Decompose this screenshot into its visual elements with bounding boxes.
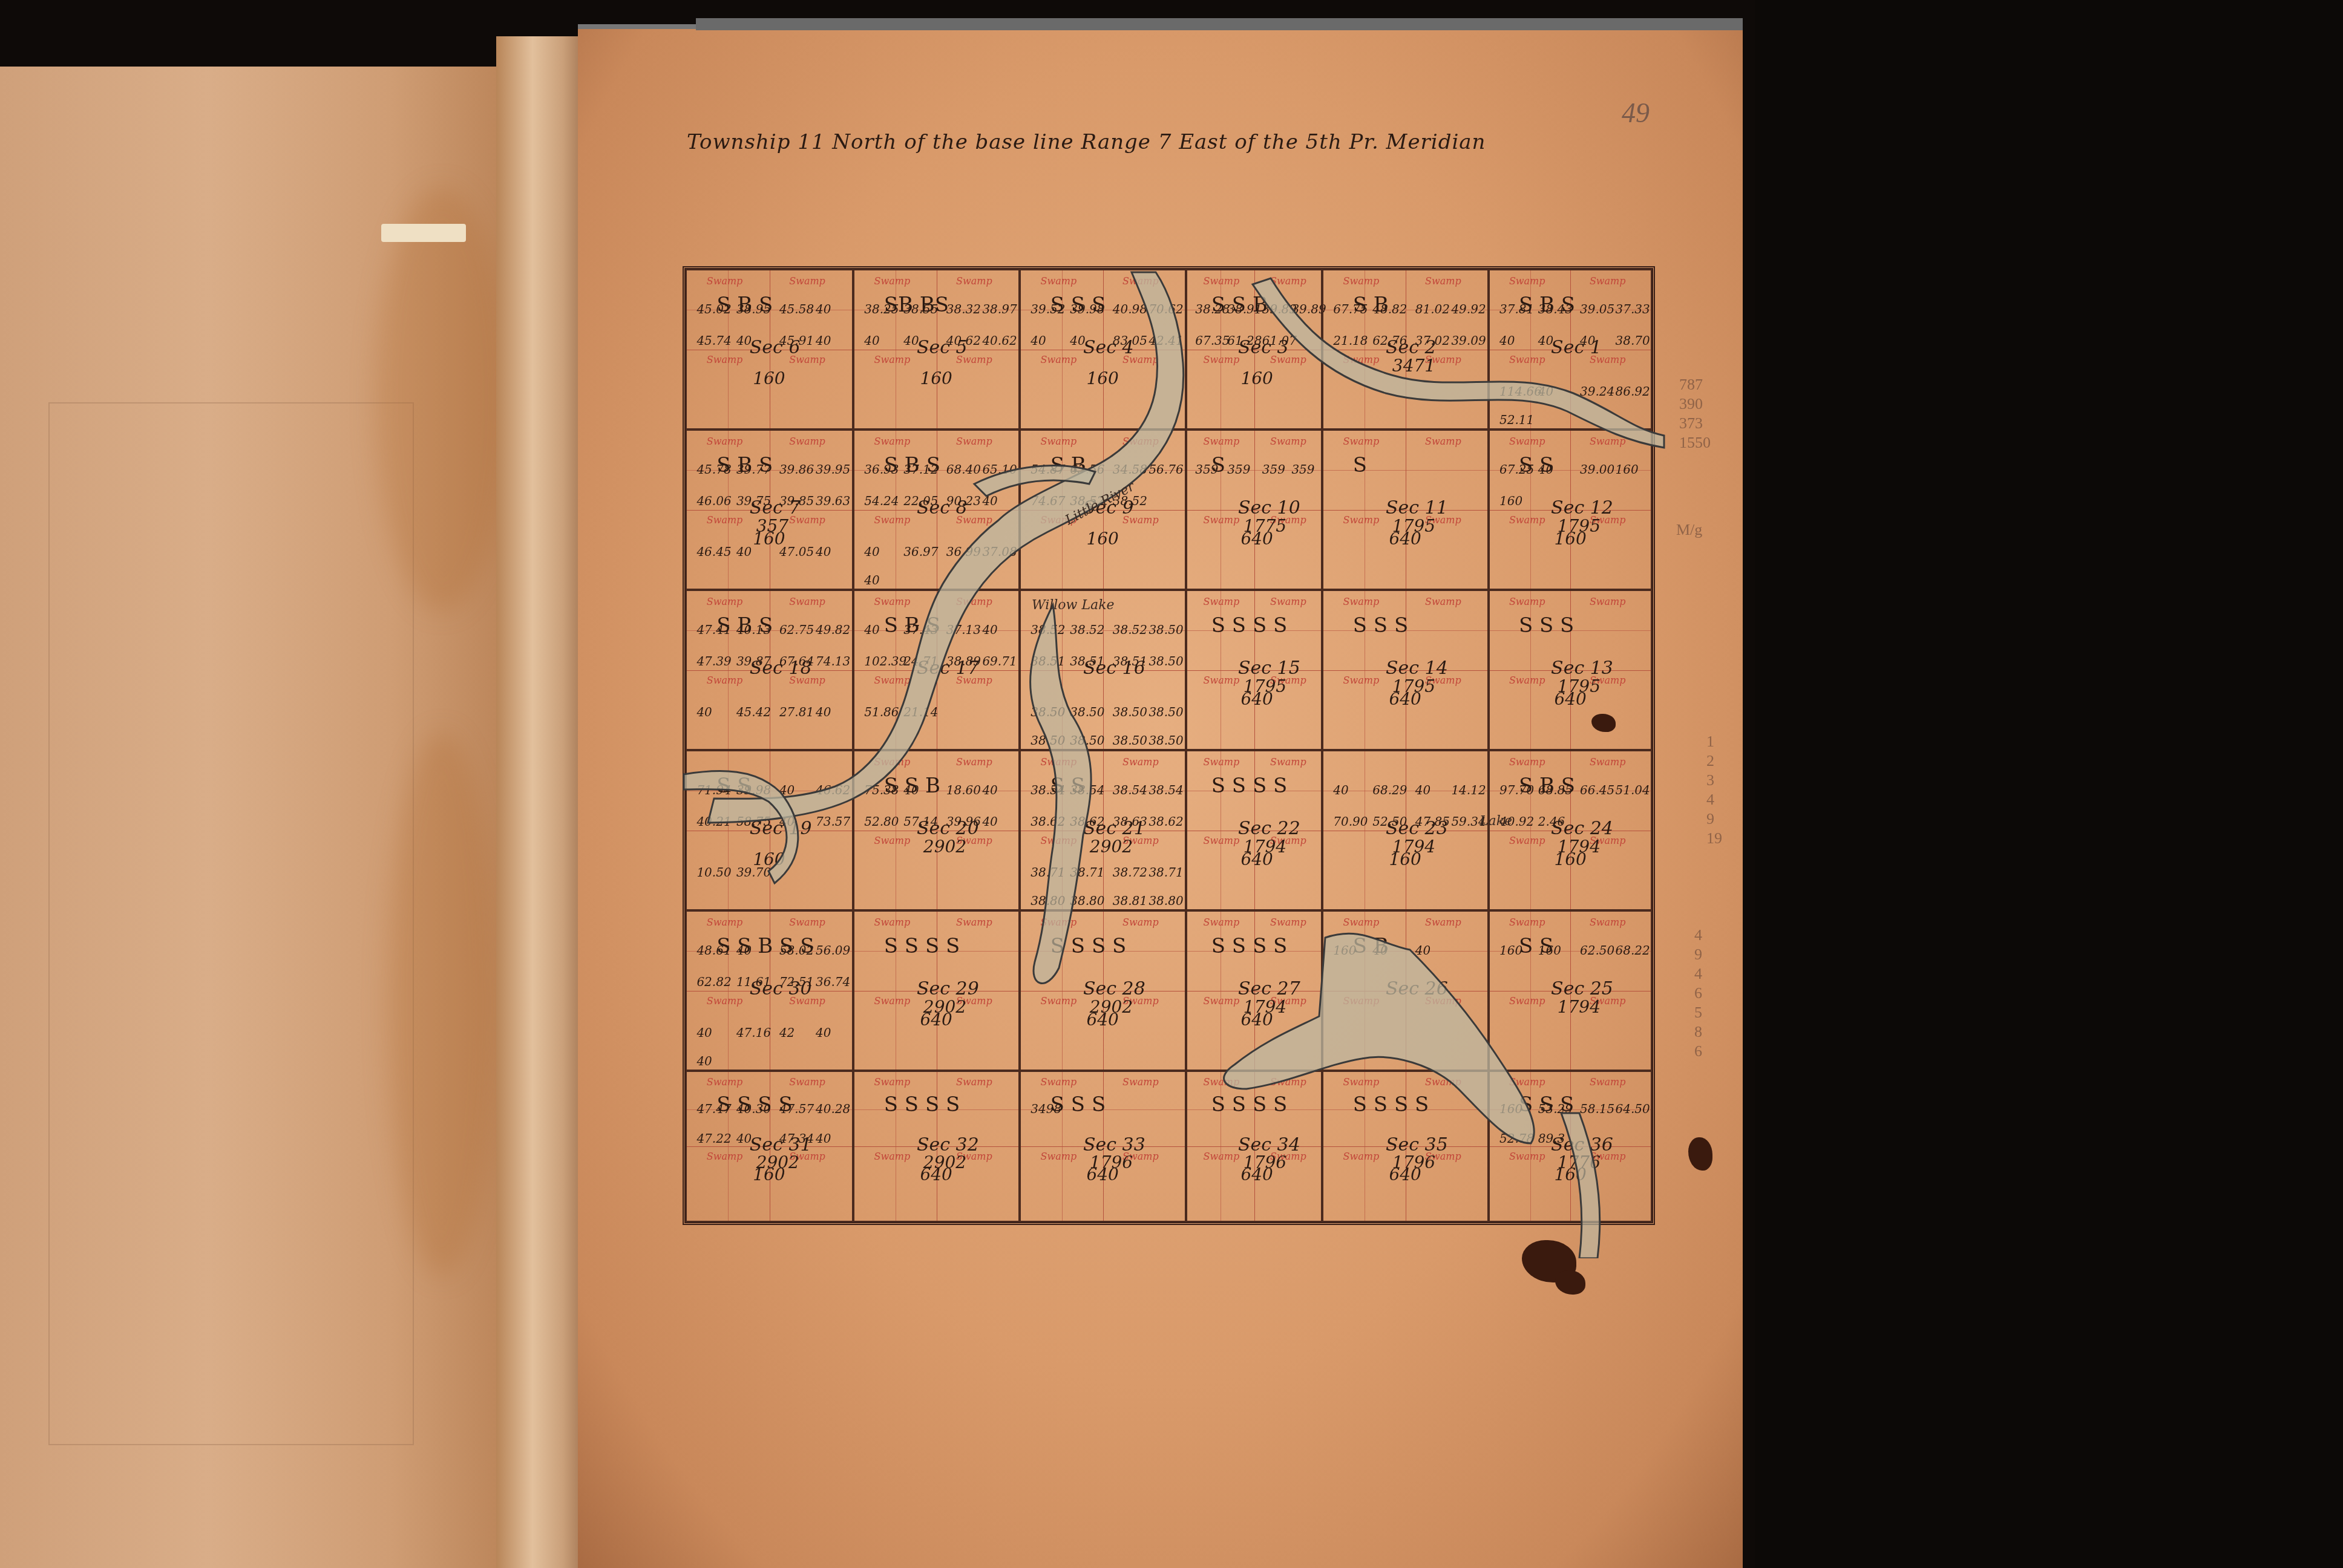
- binding-tab: [381, 224, 466, 242]
- page-title: Township 11 North of the base line Range…: [687, 130, 1570, 154]
- page-stack-edge: [696, 18, 1743, 30]
- margin-note-lower: 4 9 4 6 5 8 6: [1694, 926, 1702, 1061]
- margin-note-initials: M/g: [1676, 520, 1702, 540]
- margin-note-middle: 1 2 3 4 9 19: [1706, 732, 1722, 848]
- stain: [375, 188, 508, 611]
- background: [1755, 0, 2343, 1568]
- water-features: [635, 254, 1694, 1258]
- stain: [387, 732, 496, 1276]
- river-se: [1561, 1113, 1600, 1258]
- willow-lake-label: Willow Lake: [1032, 598, 1114, 613]
- page-number: 49: [1622, 97, 1650, 129]
- river-channel: [708, 272, 1184, 823]
- lake-label: Lake: [1480, 814, 1512, 829]
- margin-note-totals: 787 390 373 1550: [1679, 375, 1711, 452]
- left-page: [0, 67, 520, 1568]
- left-page-frame: [48, 402, 414, 1445]
- river-branch-ne: [1253, 278, 1664, 448]
- willow-lake: [1031, 605, 1092, 983]
- river-sw: [684, 771, 798, 883]
- east-lake: [1224, 933, 1535, 1143]
